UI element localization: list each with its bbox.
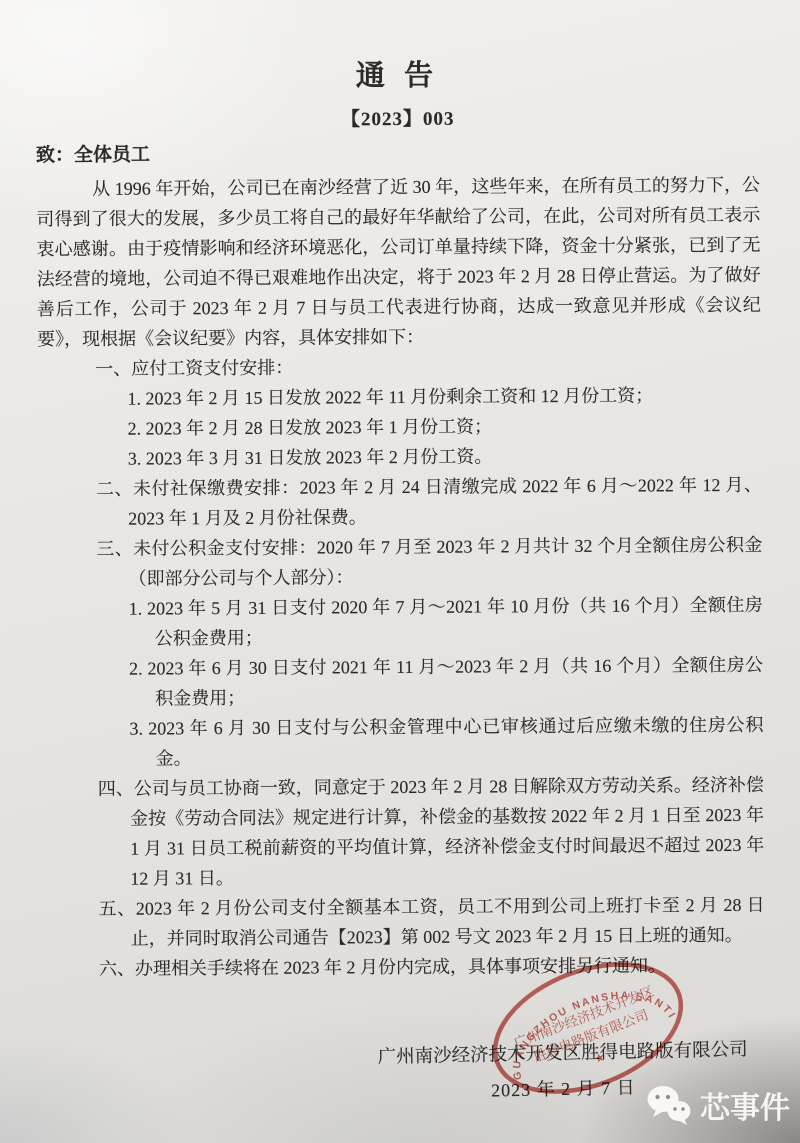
stamp-ellipse — [477, 952, 699, 1104]
section-2: 二、未付社保缴费安排：2023 年 2 月 24 日清缴完成 2022 年 6 … — [96, 470, 762, 534]
section-5-text: 2023 年 2 月份公司支付全额基本工资，员工不用到公司上班打卡至 2 月 2… — [131, 895, 765, 949]
wechat-icon — [646, 1084, 692, 1126]
section-1: 一、应付工资支付安排： — [95, 350, 761, 384]
section-5: 五、2023 年 2 月份公司支付全额基本工资，员工不用到公司上班打卡至 2 月… — [98, 890, 764, 954]
watermark-label: 芯事件 — [700, 1083, 790, 1127]
intro-paragraph: 从 1996 年开始，公司已在南沙经营了近 30 年，这些年来，在所有员工的努力… — [36, 170, 761, 354]
section-1-item-3: 3. 2023 年 3 月 31 日发放 2023 年 2 月份工资。 — [128, 440, 762, 474]
section-3: 三、未付公积金支付安排：2020 年 7 月至 2023 年 2 月共计 32 … — [96, 530, 762, 594]
notice-document: 通 告 【2023】003 致：全体员工 从 1996 年开始，公司已在南沙经营… — [0, 0, 800, 984]
section-3-item-2: 2. 2023 年 6 月 30 日支付 2021 年 11 月～2023 年 … — [129, 650, 763, 714]
watermark: 芯事件 — [646, 1083, 790, 1127]
section-1-item-1: 1. 2023 年 2 月 15 日发放 2022 年 11 月份剩余工资和 1… — [127, 380, 761, 414]
section-1-item-2: 2. 2023 年 2 月 28 日发放 2023 年 1 月份工资； — [128, 410, 762, 444]
section-3-item-3: 3. 2023 年 6 月 30 日支付与公积金管理中心已审核通过后应缴未缴的住… — [129, 710, 763, 774]
doc-number: 【2023】003 — [36, 106, 760, 134]
section-4-text: 公司与员工协商一致，同意定于 2023 年 2 月 28 日解除双方劳动关系。经… — [130, 775, 764, 889]
section-3-item-1: 1. 2023 年 5 月 31 日支付 2020 年 7 月～2021 年 1… — [129, 590, 763, 654]
section-6-label: 六、 — [99, 959, 135, 979]
salutation: 致：全体员工 — [36, 139, 760, 169]
section-3-text: 未付公积金支付安排：2020 年 7 月至 2023 年 2 月共计 32 个月… — [128, 535, 762, 589]
svg-text:GUANGZHOU NANSHA SANTIS SUBSTR: GUANGZHOU NANSHA SANTIS SUBSTRATES L — [493, 967, 679, 1083]
stamp-arc-text: GUANGZHOU NANSHA SANTIS SUBSTRATES L — [493, 967, 679, 1083]
document-photo: 通 告 【2023】003 致：全体员工 从 1996 年开始，公司已在南沙经营… — [0, 0, 800, 1143]
section-4-label: 四、 — [98, 779, 134, 799]
section-5-label: 五、 — [98, 899, 135, 919]
section-1-label: 一、 — [95, 359, 131, 379]
section-2-text: 未付社保缴费安排：2023 年 2 月 24 日清缴完成 2022 年 6 月～… — [128, 475, 762, 529]
company-stamp: GUANGZHOU NANSHA SANTIS SUBSTRATES L 广州南… — [473, 952, 703, 1104]
notice-body: 从 1996 年开始，公司已在南沙经营了近 30 年，这些年来，在所有员工的努力… — [36, 170, 765, 984]
section-3-label: 三、 — [96, 539, 133, 559]
notice-title: 通 告 — [35, 56, 759, 96]
section-2-label: 二、 — [96, 479, 133, 499]
section-4: 四、公司与员工协商一致，同意定于 2023 年 2 月 28 日解除双方劳动关系… — [98, 770, 765, 894]
stamp-star-icon: ★ — [592, 1049, 607, 1066]
section-1-text: 应付工资支付安排： — [131, 358, 293, 379]
